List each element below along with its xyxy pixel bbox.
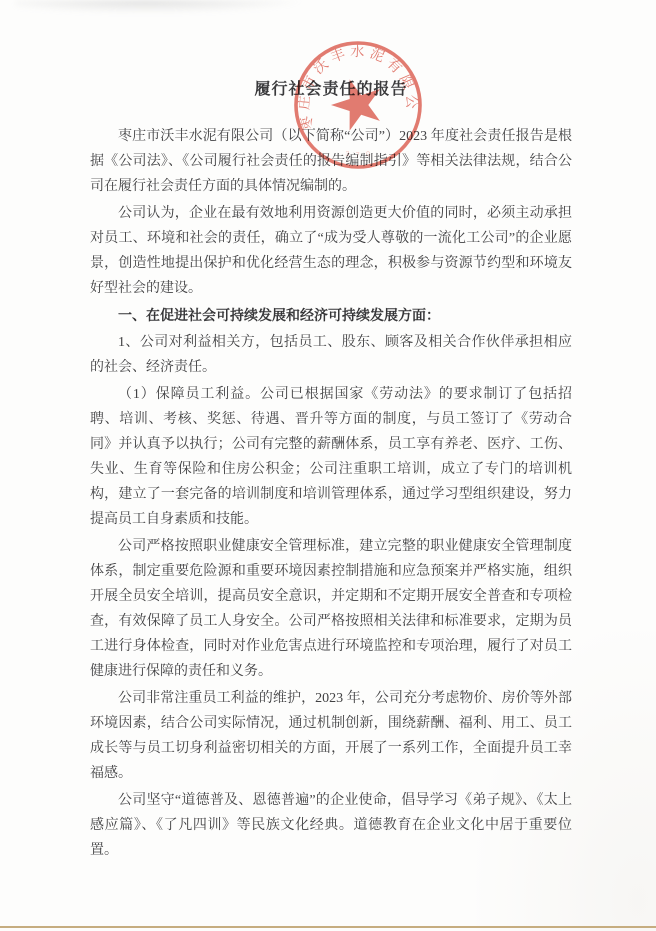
report-body: 履行社会责任的报告 枣庄市沃丰水泥有限公司（以下简称“公司”）2023 年度社会… [90,77,572,865]
paragraph-vision: 公司认为，企业在最有效地利用资源创造更大价值的同时，必须主动承担对员工、环境和社… [90,201,572,301]
paragraph-employee-welfare: 公司非常注重员工利益的维护，2023 年，公司充分考虑物价、房价等外部环境因素，… [90,686,572,786]
seal-number: 370 [344,145,379,162]
page-edge [0,926,656,928]
scanned-report-page: 履行社会责任的报告 枣庄市沃丰水泥有限公司（以下简称“公司”）2023 年度社会… [0,0,656,931]
scan-artifact-top [15,0,305,14]
paragraph-employee-benefits: （1）保障员工利益。公司已根据国家《劳动法》的要求制订了包括招聘、培训、考核、奖… [90,382,572,532]
paragraph-stakeholders: 1、公司对利益相关方，包括员工、股东、顾客及相关合作伙伴承担相应的社会、经济责任… [90,330,572,380]
star-icon [325,71,389,133]
section-heading: 一、在促进社会可持续发展和经济可持续发展方面： [90,303,572,328]
paragraph-health-safety: 公司严格按照职业健康安全管理标准，建立完整的职业健康安全管理制度体系，制定重要危… [90,534,572,684]
company-seal: 枣庄市沃丰水泥有限公司 370 [288,33,428,183]
paragraph-culture: 公司坚守“道德普及、恩德普遍”的企业使命，倡导学习《弟子规》、《太上感应篇》、《… [90,788,572,863]
